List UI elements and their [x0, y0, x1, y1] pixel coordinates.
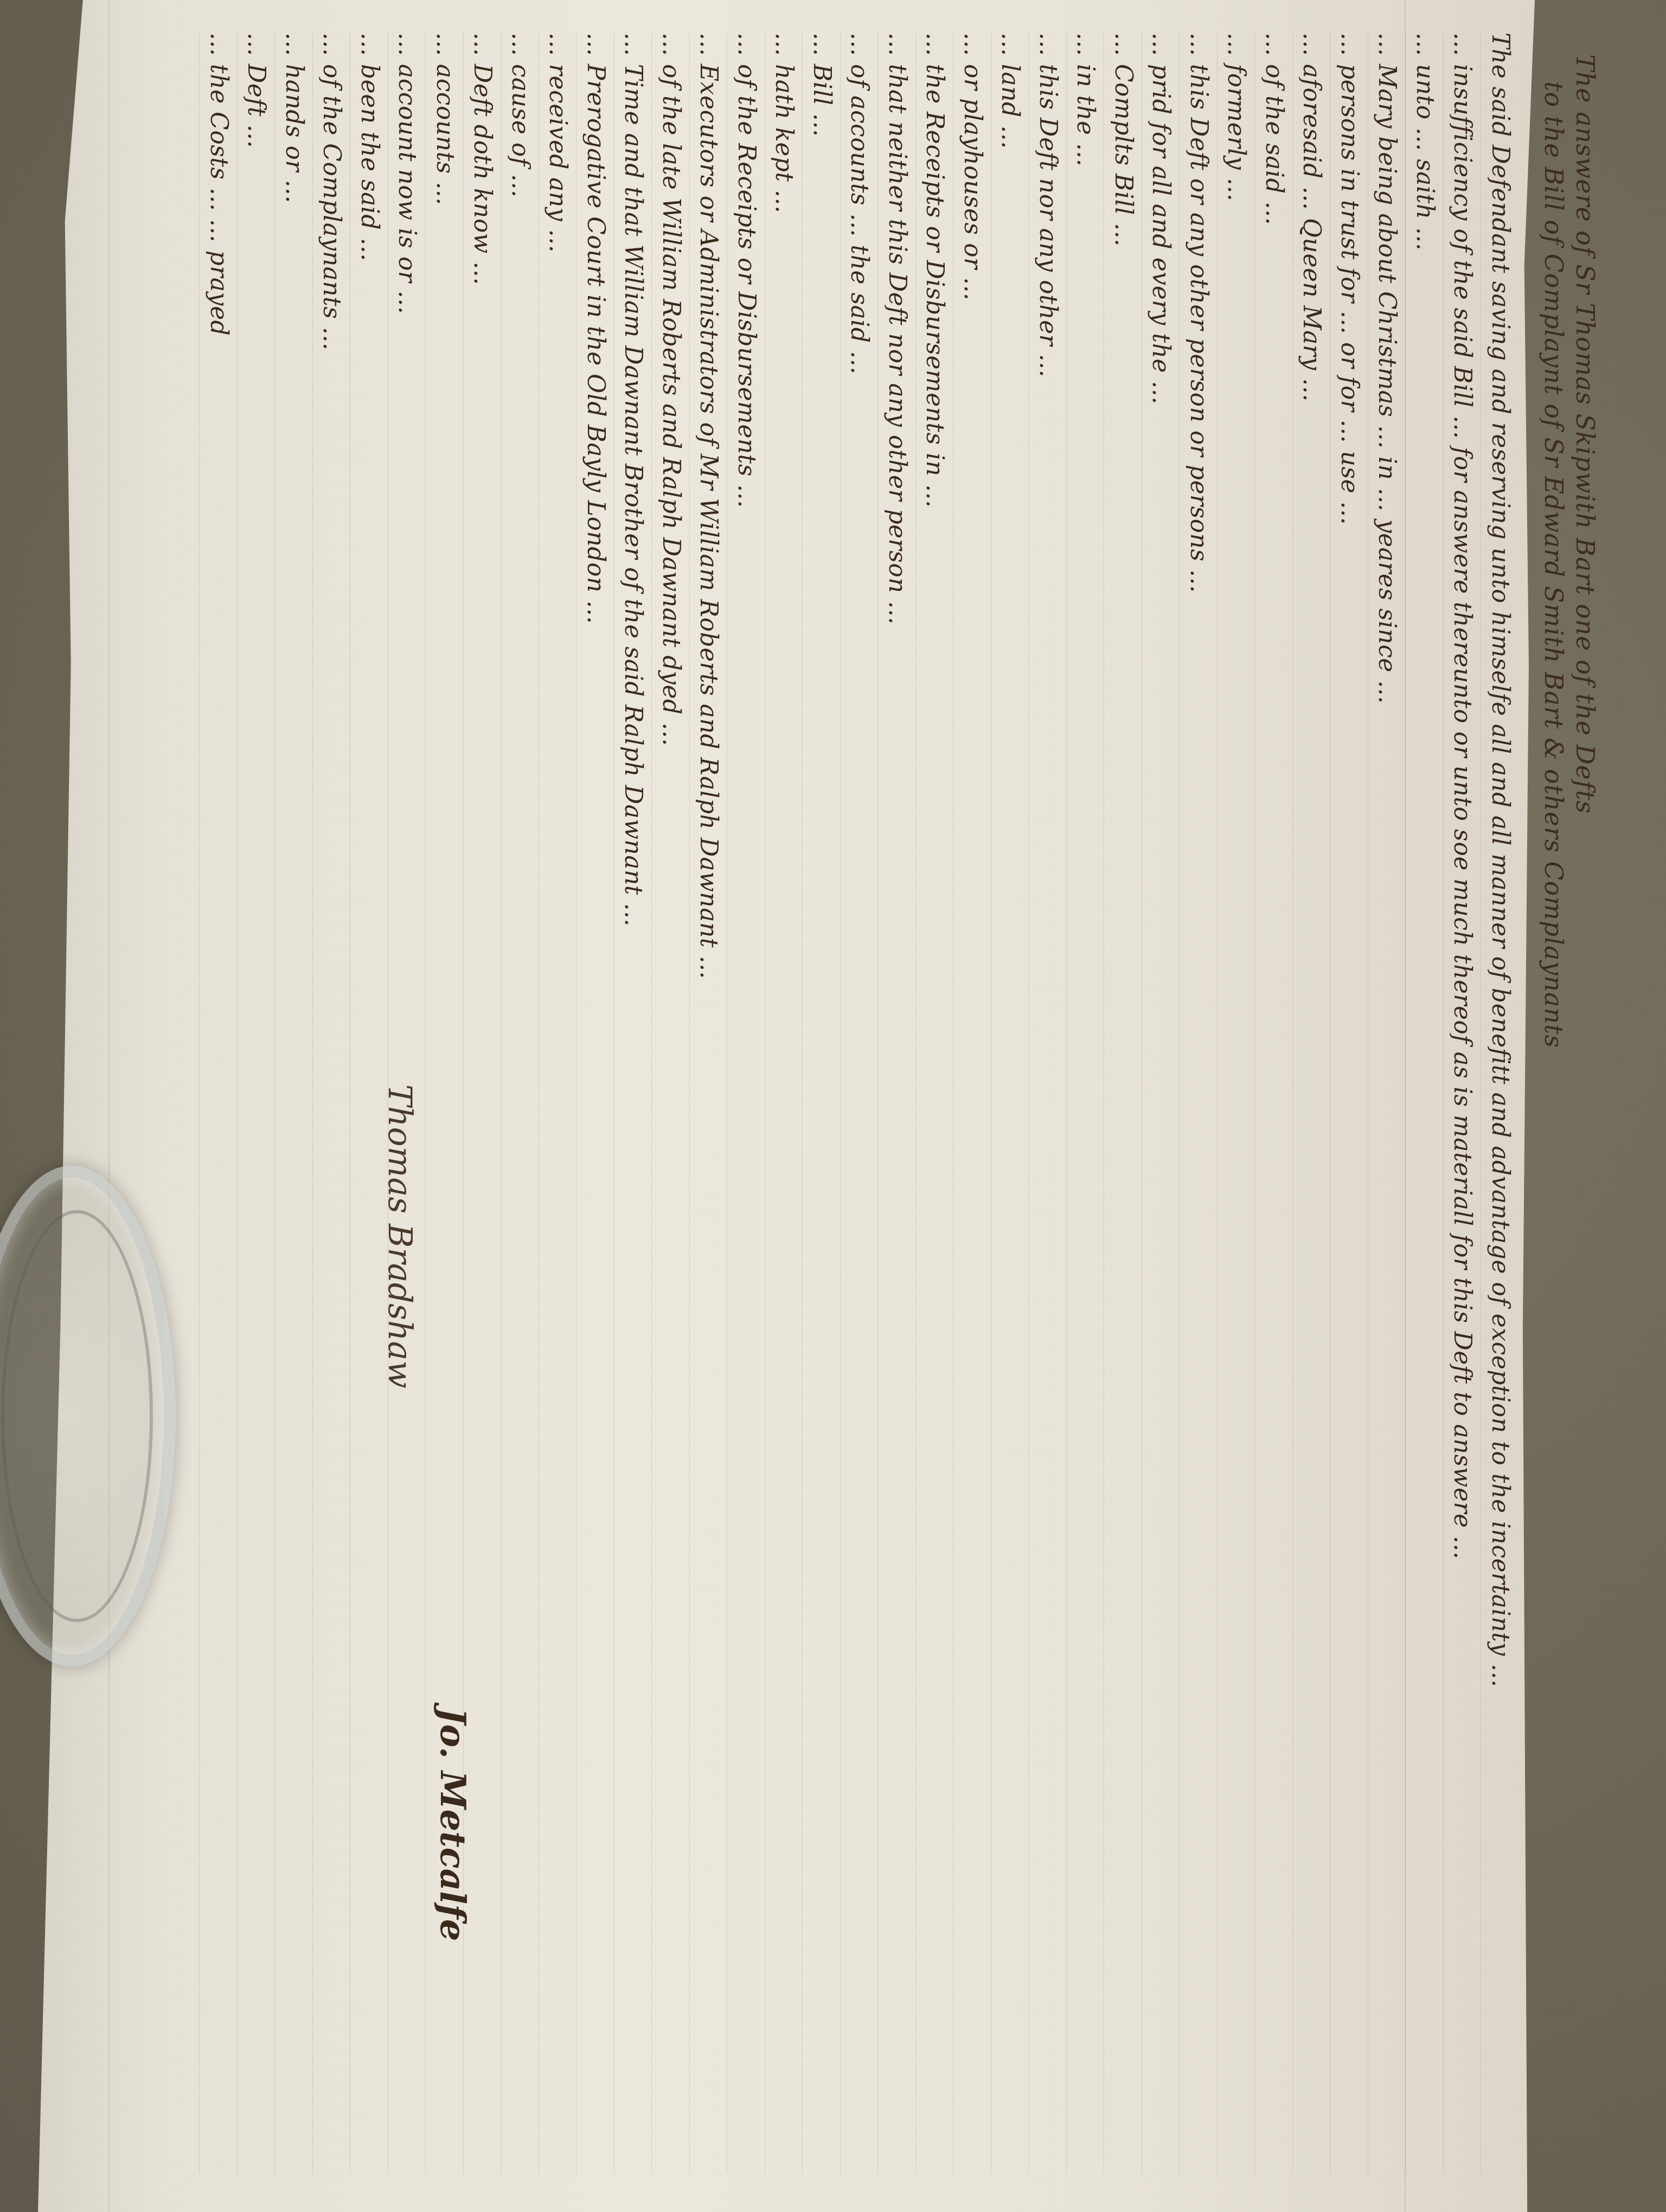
manuscript-line: ... of the late William Roberts and Ralp… [652, 33, 690, 2174]
manuscript-line: ... the Receipts or Disbursements in ... [915, 33, 953, 2174]
manuscript-line: ... land ... [991, 33, 1029, 2174]
manuscript-line: ... that neither this Deft nor any other… [878, 33, 916, 2174]
manuscript-line: ... of accounts ... the said ... [840, 33, 878, 2174]
manuscript-line: ... cause of ... [501, 33, 539, 2174]
manuscript-line: ... Prerogative Court in the Old Bayly L… [576, 33, 614, 2174]
manuscript-line: ... of the said ... [1255, 33, 1293, 2174]
manuscript-line: ... Complts Bill ... [1104, 33, 1142, 2174]
signature-right: Jo. Metcalfe [432, 1708, 473, 1941]
manuscript-line: ... insufficiency of the said Bill ... f… [1443, 33, 1481, 2174]
manuscript-line: ... this Deft nor any other ... [1029, 33, 1067, 2174]
manuscript-line: ... unto ... saith ... [1406, 33, 1444, 2174]
manuscript-line: ... Deft ... [237, 33, 275, 2174]
document-heading-line-1: The answere of Sr Thomas Skipwith Bart o… [1569, 54, 1601, 2174]
manuscript-line: ... of the Complaynants ... [312, 33, 350, 2174]
manuscript-line: ... formerly ... [1217, 33, 1255, 2174]
manuscript-line: ... Executors or Administrators of Mr Wi… [689, 33, 727, 2174]
manuscript-line: ... of the Receipts or Disbursements ... [727, 33, 765, 2174]
document-heading-line-2: to the Bill of Complaynt of Sr Edward Sm… [1538, 81, 1569, 2174]
manuscript-line: ... Bill ... [803, 33, 841, 2174]
manuscript-line: ... hands or ... [275, 33, 313, 2174]
manuscript-line: ... Mary being about Christmas ... in ..… [1368, 33, 1406, 2174]
manuscript-line: ... aforesaid ... Queen Mary ... [1292, 33, 1330, 2174]
manuscript-line: ... Time and that William Dawnant Brothe… [614, 33, 652, 2174]
manuscript-line: The said Defendant saving and reserving … [1481, 33, 1519, 2174]
manuscript-line: ... hath kept ... [765, 33, 803, 2174]
manuscript-line: ... persons in trust for ... or for ... … [1330, 33, 1368, 2174]
manuscript-line: ... the Costs ... ... prayed [200, 33, 238, 2174]
manuscript-line: ... or playhouses or ... [953, 33, 991, 2174]
manuscript-line: ... in the ... [1066, 33, 1104, 2174]
manuscript-line: ... received any ... [539, 33, 576, 2174]
manuscript-line: ... this Deft or any other person or per… [1180, 33, 1218, 2174]
margin-rule [108, 0, 110, 2212]
signature-left: Thomas Bradshaw [381, 1084, 419, 1388]
manuscript-line: ... prid for all and every the ... [1142, 33, 1180, 2174]
glass-jar-inner-rim [1, 1210, 153, 1622]
rotated-text-area: The answere of Sr Thomas Skipwith Bart o… [169, 0, 1666, 2212]
